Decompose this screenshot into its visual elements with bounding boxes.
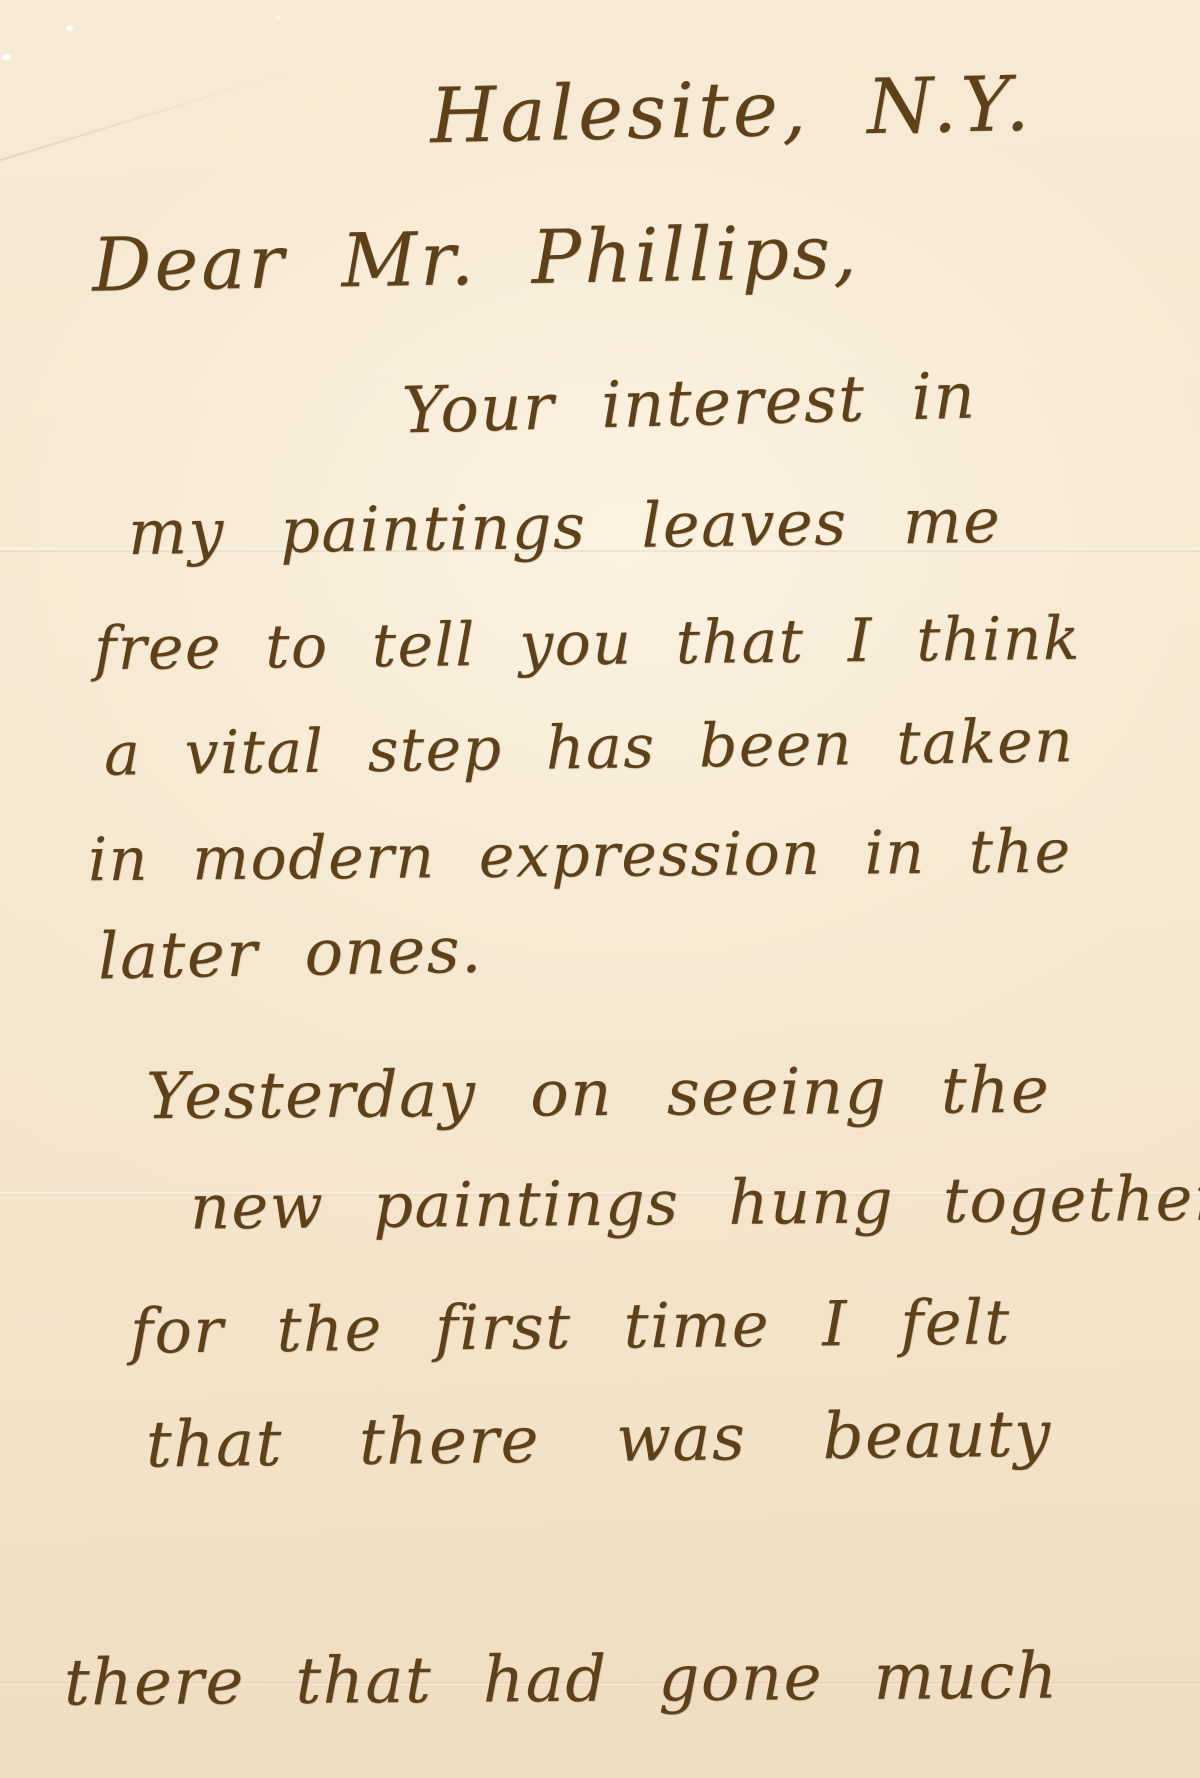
letter-body-line: there that had gone much xyxy=(64,1645,1059,1716)
letter-body-line: in modern expression in the xyxy=(88,822,1072,891)
letter-body-line: for the first time I felt xyxy=(130,1291,1011,1362)
letter-body-line: Yesterday on seeing the xyxy=(146,1059,1051,1129)
paper-speck xyxy=(2,54,11,60)
paper-corner-crease xyxy=(0,70,293,168)
letter-body-line: that there was beauty xyxy=(146,1402,1052,1477)
letter-body-line: later ones. xyxy=(97,919,483,990)
letter-body-line: new paintings hung together xyxy=(190,1167,1200,1238)
letter-heading-location: Halesite, N.Y. xyxy=(429,66,1034,155)
letter-body-line: free to tell you that I think xyxy=(94,609,1081,679)
letter-page: Halesite, N.Y. Dear Mr. Phillips, Your i… xyxy=(0,0,1200,1778)
letter-body-line: my paintings leaves me xyxy=(128,490,1002,564)
letter-body-line: Your interest in xyxy=(401,364,977,443)
letter-body-line: a vital step has been taken xyxy=(104,711,1075,785)
paper-speck xyxy=(276,16,281,19)
paper-speck xyxy=(66,26,73,31)
letter-salutation: Dear Mr. Phillips, xyxy=(91,215,860,302)
